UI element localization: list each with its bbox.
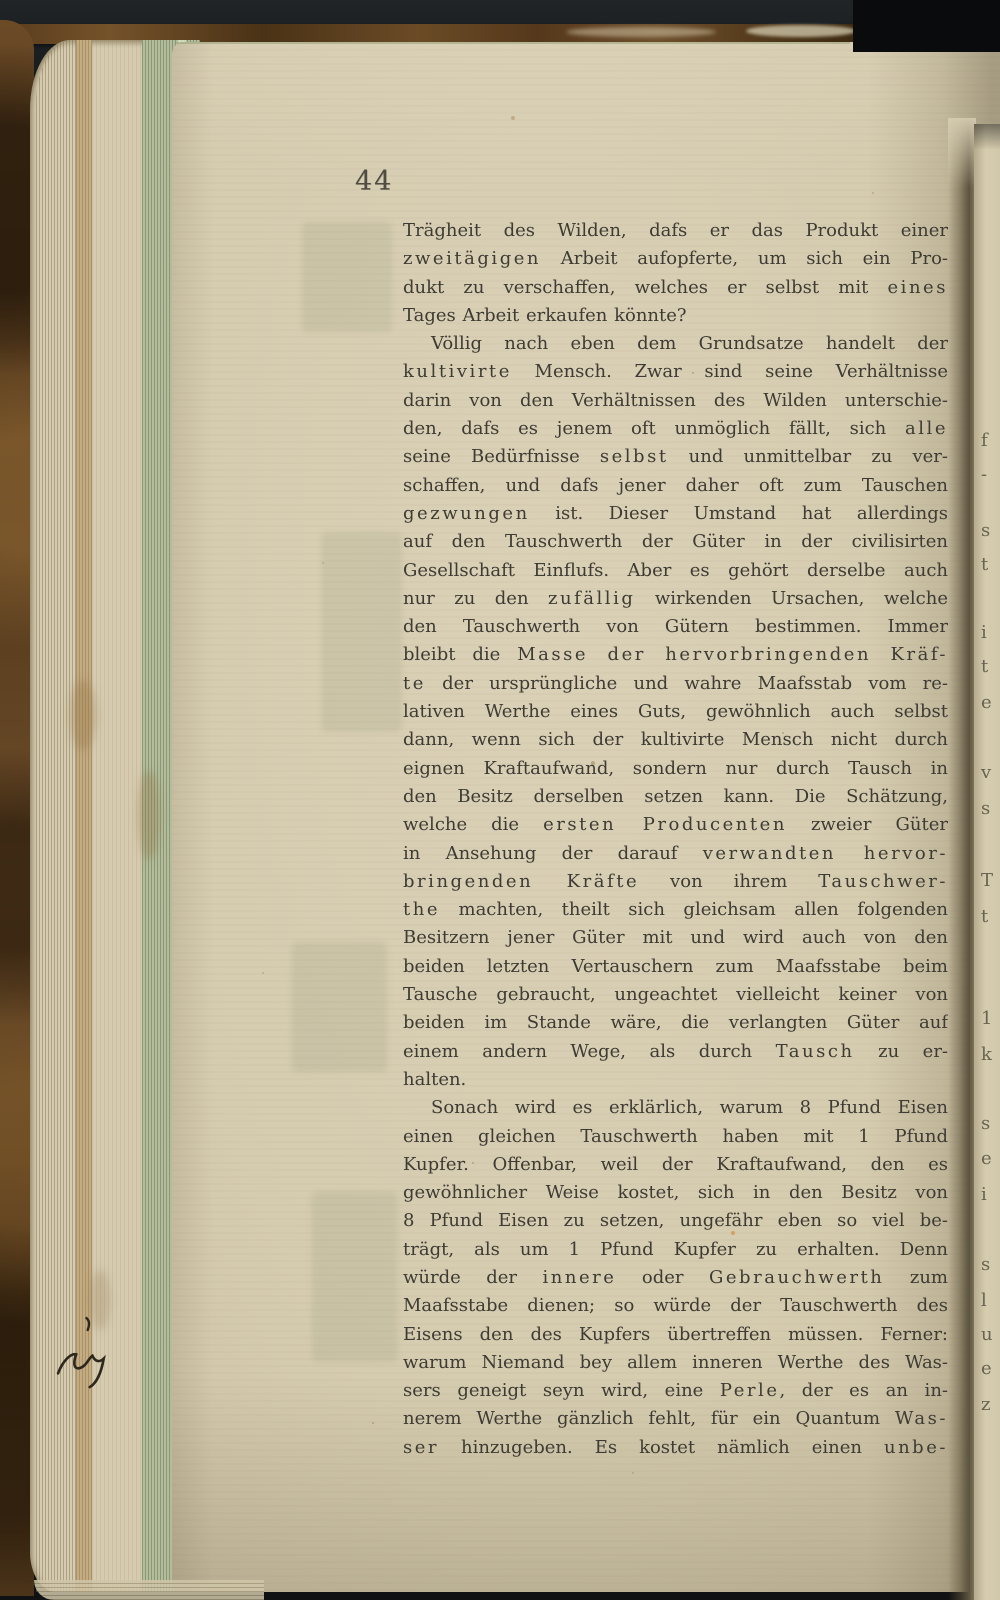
text-segment: schaffen, und dafs jener daher oft zum T… (403, 475, 948, 496)
facing-page-text-fragment: k (981, 1044, 992, 1065)
facing-page-text-fragment: e (981, 1358, 992, 1379)
text-line: den Besitz derselben setzen kann. Die Sc… (403, 783, 948, 811)
text-segment: Besitzern jener Güter mit und wird auch … (403, 927, 948, 948)
text-segment: Tausch (776, 1041, 855, 1062)
text-segment: der ursprüngliche und wahre Maafsstab vo… (426, 673, 948, 694)
text-segment: Gesellschaft Einflufs. Aber es gehört de… (403, 560, 948, 581)
page-bottom-edge (34, 1580, 264, 1600)
text-segment: halten. (403, 1069, 466, 1090)
ink-show-through (312, 1192, 397, 1362)
text-segment: , der es an in- (780, 1380, 949, 1401)
facing-page-text-fragment: t (981, 554, 988, 575)
page-gutter-shadow (948, 118, 976, 1600)
ink-show-through (322, 532, 402, 732)
text-segment: warum Niemand bey allem inneren Werthe d… (403, 1352, 948, 1373)
book-page: 44 Trägheit des Wilden, dafs er das Prod… (172, 42, 1000, 1592)
facing-page-text-fragment: e (981, 1148, 992, 1169)
facing-page-edge: f-stitevsTt1kseisluez (974, 124, 1000, 1600)
text-line: bleibt die Masse der hervorbringenden Kr… (403, 641, 948, 669)
text-line: einem andern Wege, als durch Tausch zu e… (403, 1038, 948, 1066)
text-segment: oder (616, 1267, 709, 1288)
text-segment: ser (403, 1437, 439, 1458)
facing-page-text-fragment: l (981, 1290, 987, 1311)
paper-stain (138, 770, 160, 860)
text-segment: zufällig (548, 588, 635, 609)
paper-speckles (172, 42, 174, 44)
text-segment: ersten Producenten (543, 814, 787, 835)
facing-page-text-fragment: T (981, 870, 993, 891)
text-segment: gewöhnlicher Weise kostet, sich in den B… (403, 1182, 948, 1203)
text-line: Maafsstabe dienen; so würde der Tauschwe… (403, 1292, 948, 1320)
text-line: halten. (403, 1066, 948, 1094)
background (853, 0, 1000, 52)
text-line: zweitägigen Arbeit aufopferte, um sich e… (403, 245, 948, 273)
text-line: gezwungen ist. Dieser Umstand hat allerd… (403, 500, 948, 528)
text-line: schaffen, und dafs jener daher oft zum T… (403, 472, 948, 500)
text-line: Eisens den des Kupfers übertreffen müsse… (403, 1321, 948, 1349)
text-segment: Arbeit aufopferte, um sich ein Pro- (541, 248, 948, 269)
text-segment: Eisens den des Kupfers übertreffen müsse… (403, 1324, 948, 1345)
text-segment: in Ansehung der darauf (403, 843, 703, 864)
text-segment: lativen Werthe eines Guts, gewöhnlich au… (403, 701, 948, 722)
book-cover-edge (0, 20, 34, 1596)
text-line: darin von den Verhältnissen des Wilden u… (403, 387, 948, 415)
facing-page-text-fragment: i (981, 622, 987, 643)
facing-page-text-fragment: t (981, 656, 988, 677)
text-segment: gezwungen (403, 503, 530, 524)
text-line: den Tauschwerth von Gütern bestimmen. Im… (403, 613, 948, 641)
text-segment: den Tauschwerth von Gütern bestimmen. Im… (403, 616, 948, 637)
text-line: te der ursprüngliche und wahre Maafsstab… (403, 670, 948, 698)
text-segment: und unmittelbar zu ver- (669, 446, 948, 467)
text-segment: sers geneigt seyn wird, eine (403, 1380, 720, 1401)
paper-stain (70, 680, 96, 750)
text-line: kultivirte Mensch. Zwar sind seine Verhä… (403, 358, 948, 386)
text-segment: hinzugeben. Es kostet nämlich einen (439, 1437, 884, 1458)
facing-page-text-fragment: v (981, 762, 991, 783)
text-segment: von ihrem (639, 871, 818, 892)
text-line: beiden letzten Vertauschern zum Maafssta… (403, 953, 948, 981)
text-segment: innere (542, 1267, 616, 1288)
handwritten-annotation (42, 1304, 137, 1401)
text-segment: nerem Werthe gänzlich fehlt, für ein Qua… (403, 1408, 895, 1429)
facing-page-text-fragment: - (981, 464, 987, 485)
text-segment: the (403, 899, 440, 920)
text-line: Tausche gebraucht, ungeachtet vielleicht… (403, 981, 948, 1009)
text-segment: Kupfer. Offenbar, weil der Kraftaufwand,… (403, 1154, 948, 1175)
text-line: seine Bedürfnisse selbst und unmittelbar… (403, 443, 948, 471)
facing-page-text-fragment: 1 (981, 1008, 992, 1029)
text-segment: dukt zu verschaffen, welches er selbst m… (403, 277, 888, 298)
facing-page-text-fragment: z (981, 1394, 990, 1415)
text-line: Völlig nach eben dem Grundsatze handelt … (403, 330, 948, 358)
text-segment: verwandten hervor- (703, 843, 948, 864)
facing-page-text-fragment: s (981, 798, 990, 819)
text-line: 8 Pfund Eisen zu setzen, ungefähr eben s… (403, 1207, 948, 1235)
text-line: lativen Werthe eines Guts, gewöhnlich au… (403, 698, 948, 726)
facing-page-text-fragment: t (981, 906, 988, 927)
facing-page-text-fragment: s (981, 520, 990, 541)
text-segment: Maafsstabe dienen; so würde der Tauschwe… (403, 1295, 948, 1316)
ink-show-through (292, 942, 387, 1072)
text-line: gewöhnlicher Weise kostet, sich in den B… (403, 1179, 948, 1207)
text-segment: Tausche gebraucht, ungeachtet vielleicht… (403, 984, 948, 1005)
text-line: ser hinzugeben. Es kostet nämlich einen … (403, 1434, 948, 1462)
text-segment: kultivirte (403, 361, 512, 382)
text-segment: bringenden Kräfte (403, 871, 639, 892)
text-segment: auf den Tauschwerth der Güter in der civ… (403, 531, 948, 552)
ink-show-through (302, 222, 392, 332)
text-line: beiden im Stande wäre, die verlangten Gü… (403, 1009, 948, 1037)
text-segment: Was- (895, 1408, 948, 1429)
text-segment: Völlig nach eben dem Grundsatze handelt … (431, 333, 948, 354)
text-segment: beiden letzten Vertauschern zum Maafssta… (403, 956, 948, 977)
facing-page-text-fragment: s (981, 1113, 990, 1134)
text-segment: nur zu den (403, 588, 548, 609)
text-segment: Tauschwer- (818, 871, 948, 892)
text-segment: Perle (720, 1380, 780, 1401)
text-segment: wirkenden Ursachen, welche (635, 588, 948, 609)
text-segment: Mensch. Zwar sind seine Verhältnisse (512, 361, 948, 382)
text-line: welche die ersten Producenten zweier Güt… (403, 811, 948, 839)
text-segment: darin von den Verhältnissen des Wilden u… (403, 390, 948, 411)
page-number: 44 (355, 166, 393, 197)
text-segment: Sonach wird es erklärlich, warum 8 Pfund… (431, 1097, 948, 1118)
text-segment: ist. Dieser Umstand hat allerdings (530, 503, 948, 524)
facing-page-text-fragment: i (981, 1184, 987, 1205)
text-line: dann, wenn sich der kultivirte Mensch ni… (403, 726, 948, 754)
text-segment: würde der (403, 1267, 542, 1288)
text-segment: 8 Pfund Eisen zu setzen, ungefähr eben s… (403, 1210, 948, 1231)
text-line: dukt zu verschaffen, welches er selbst m… (403, 274, 948, 302)
text-line: sers geneigt seyn wird, eine Perle, der … (403, 1377, 948, 1405)
text-segment: dann, wenn sich der kultivirte Mensch ni… (403, 729, 948, 750)
text-segment: Gebrauchwerth (709, 1267, 884, 1288)
text-line: nerem Werthe gänzlich fehlt, für ein Qua… (403, 1405, 948, 1433)
text-segment: zu er- (855, 1041, 948, 1062)
text-line: einen gleichen Tauschwerth haben mit 1 P… (403, 1123, 948, 1151)
text-line: nur zu den zufällig wirkenden Ursachen, … (403, 585, 948, 613)
text-segment: Masse der hervorbringenden Kräf- (517, 644, 948, 665)
text-line: Gesellschaft Einflufs. Aber es gehört de… (403, 557, 948, 585)
text-line: Trägheit des Wilden, dafs er das Produkt… (403, 217, 948, 245)
facing-page-text-fragment: f (981, 430, 988, 451)
facing-page-text-fragment: u (981, 1324, 993, 1345)
text-segment: zum (884, 1267, 948, 1288)
text-line: Kupfer. Offenbar, weil der Kraftaufwand,… (403, 1151, 948, 1179)
text-segment: welche die (403, 814, 543, 835)
text-segment: zweitägigen (403, 248, 541, 269)
book-scan: 44 Trägheit des Wilden, dafs er das Prod… (0, 0, 1000, 1600)
text-segment: alle (905, 418, 948, 439)
text-segment: bleibt die (403, 644, 517, 665)
text-segment: selbst (600, 446, 669, 467)
text-line: in Ansehung der darauf verwandten hervor… (403, 840, 948, 868)
text-segment: beiden im Stande wäre, die verlangten Gü… (403, 1012, 948, 1033)
text-segment: Tages Arbeit erkaufen könnte? (403, 305, 687, 326)
text-segment: te (403, 673, 426, 694)
text-segment: Trägheit des Wilden, dafs er das Produkt… (403, 220, 948, 241)
text-segment: den, dafs es jenem oft unmöglich fällt, … (403, 418, 905, 439)
facing-page-text-fragment: s (981, 1254, 990, 1275)
text-line: trägt, als um 1 Pfund Kupfer zu erhalten… (403, 1236, 948, 1264)
text-segment: eines (888, 277, 949, 298)
text-segment: seine Bedürfnisse (403, 446, 600, 467)
facing-page-text-fragment: e (981, 692, 992, 713)
text-segment: zweier Güter (787, 814, 948, 835)
text-segment: unbe- (884, 1437, 948, 1458)
text-segment: trägt, als um 1 Pfund Kupfer zu erhalten… (403, 1239, 948, 1260)
text-line: warum Niemand bey allem inneren Werthe d… (403, 1349, 948, 1377)
text-line: Tages Arbeit erkaufen könnte? (403, 302, 948, 330)
text-segment: machten, theilt sich gleichsam allen fol… (440, 899, 948, 920)
text-line: bringenden Kräfte von ihrem Tauschwer- (403, 868, 948, 896)
text-line: den, dafs es jenem oft unmöglich fällt, … (403, 415, 948, 443)
text-line: Besitzern jener Güter mit und wird auch … (403, 924, 948, 952)
text-line: würde der innere oder Gebrauchwerth zum (403, 1264, 948, 1292)
text-line: Sonach wird es erklärlich, warum 8 Pfund… (403, 1094, 948, 1122)
text-segment: einen gleichen Tauschwerth haben mit 1 P… (403, 1126, 948, 1147)
text-segment: den Besitz derselben setzen kann. Die Sc… (403, 786, 948, 807)
text-segment: eignen Kraftaufwand, sondern nur durch T… (403, 758, 948, 779)
text-line: auf den Tauschwerth der Güter in der civ… (403, 528, 948, 556)
page-text: Trägheit des Wilden, dafs er das Produkt… (403, 217, 948, 1462)
text-segment: einem andern Wege, als durch (403, 1041, 776, 1062)
text-line: eignen Kraftaufwand, sondern nur durch T… (403, 755, 948, 783)
text-line: the machten, theilt sich gleichsam allen… (403, 896, 948, 924)
